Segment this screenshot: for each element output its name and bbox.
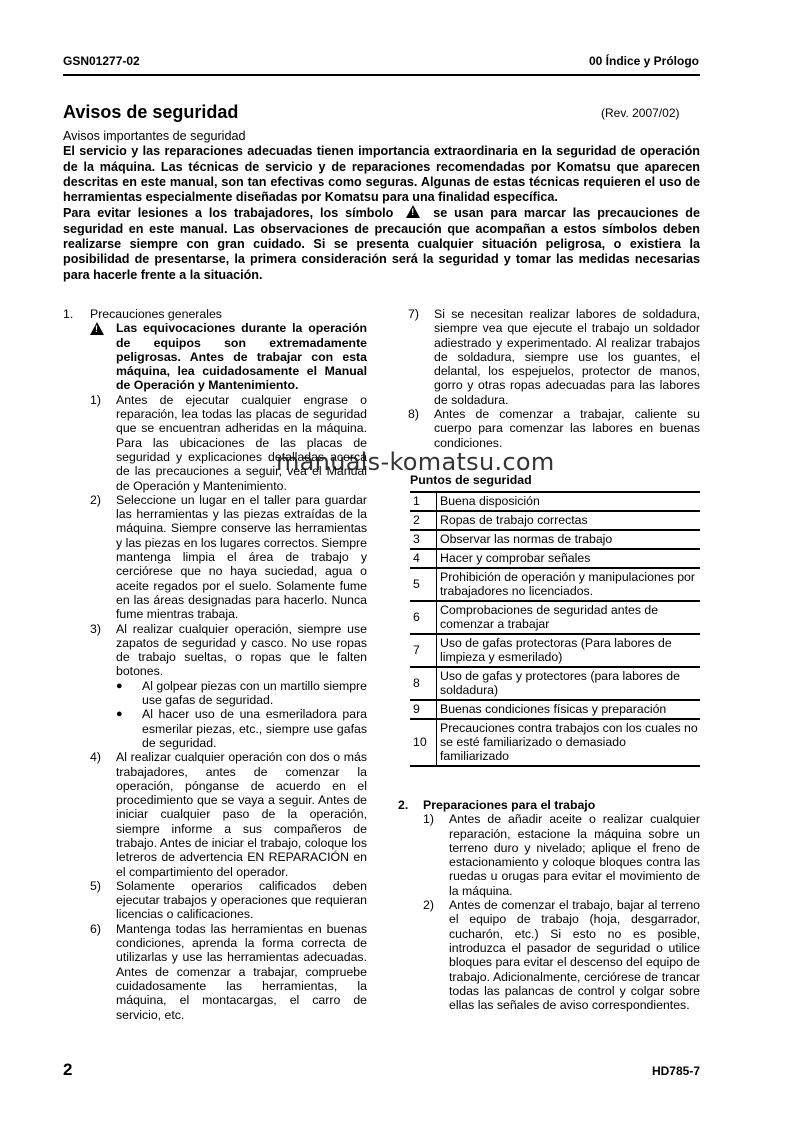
right-column: 7) Si se necesitan realizar labores de s… bbox=[408, 307, 700, 450]
bullet-item: ● Al golpear piezas con un martillo siem… bbox=[116, 679, 367, 708]
list-item: 1) Antes de añadir aceite o realizar cua… bbox=[423, 812, 700, 898]
list-item: 2) Seleccione un lugar en el taller para… bbox=[90, 493, 367, 622]
model-code: HD785-7 bbox=[652, 1064, 700, 1078]
table-row: 10Precauciones contra trabajos con los c… bbox=[410, 719, 700, 766]
watermark: manuals-komatsu.com bbox=[276, 448, 555, 476]
page-title: Avisos de seguridad bbox=[63, 102, 238, 123]
table-row: 9Buenas condiciones físicas y preparació… bbox=[410, 700, 700, 719]
section-name: 00 Índice y Prólogo bbox=[589, 54, 699, 68]
table-row: 4Hacer y comprobar señales bbox=[410, 549, 700, 568]
table-row: 8Uso de gafas y protectores (para labore… bbox=[410, 667, 700, 700]
section-2: 2. Preparaciones para el trabajo 1) Ante… bbox=[398, 798, 700, 1012]
bullet-item: ● Al hacer uso de una esmeriladora para … bbox=[116, 707, 367, 750]
doc-code: GSN01277-02 bbox=[63, 54, 140, 68]
intro-paragraph-2: Para evitar lesiones a los trabajadores,… bbox=[63, 205, 700, 282]
intro-block: Avisos importantes de seguridad El servi… bbox=[63, 129, 700, 283]
list-item: 2) Antes de comenzar el trabajo, bajar a… bbox=[423, 898, 700, 1012]
list-item: 6) Mantenga todas las herramientas en bu… bbox=[90, 922, 367, 1022]
table-row: 3Observar las normas de trabajo bbox=[410, 530, 700, 549]
header-rule bbox=[63, 74, 700, 76]
revision-label: (Rev. 2007/02) bbox=[601, 106, 680, 120]
section-1-warning: Las equivocaciones durante la operación … bbox=[90, 321, 367, 392]
section-1-heading: 1. Precauciones generales bbox=[63, 307, 367, 321]
warning-icon bbox=[406, 205, 420, 218]
table-row: 2Ropas de trabajo correctas bbox=[410, 511, 700, 530]
safety-table: 1Buena disposición 2Ropas de trabajo cor… bbox=[410, 491, 700, 767]
table-row: 5Prohibición de operación y manipulacion… bbox=[410, 568, 700, 601]
table-row: 1Buena disposición bbox=[410, 492, 700, 511]
list-item: 8) Antes de comenzar a trabajar, calient… bbox=[408, 407, 700, 450]
warning-icon bbox=[90, 322, 104, 335]
section-2-heading: 2. Preparaciones para el trabajo bbox=[398, 798, 700, 812]
page-header: GSN01277-02 00 Índice y Prólogo bbox=[63, 54, 699, 68]
list-item: 4) Al realizar cualquier operación con d… bbox=[90, 750, 367, 879]
table-row: 6Comprobaciones de seguridad antes de co… bbox=[410, 601, 700, 634]
page-footer: 2 HD785-7 bbox=[63, 1060, 700, 1080]
bullet-icon: ● bbox=[116, 707, 142, 750]
list-item: 7) Si se necesitan realizar labores de s… bbox=[408, 307, 700, 407]
table-row: 7Uso de gafas protectoras (Para labores … bbox=[410, 634, 700, 667]
list-item: 5) Solamente operarios calificados deben… bbox=[90, 879, 367, 922]
page-number: 2 bbox=[63, 1060, 72, 1080]
list-item: 1) Antes de ejecutar cualquier engrase o… bbox=[90, 393, 367, 493]
safety-points-table: Puntos de seguridad 1Buena disposición 2… bbox=[410, 473, 700, 767]
intro-paragraph-1: El servicio y las reparaciones adecuadas… bbox=[63, 144, 700, 205]
table-title: Puntos de seguridad bbox=[410, 473, 700, 487]
intro-subtitle: Avisos importantes de seguridad bbox=[63, 129, 700, 144]
list-item: 3) Al realizar cualquier operación, siem… bbox=[90, 622, 367, 679]
left-column: 1. Precauciones generales Las equivocaci… bbox=[63, 307, 367, 1022]
bullet-icon: ● bbox=[116, 679, 142, 708]
